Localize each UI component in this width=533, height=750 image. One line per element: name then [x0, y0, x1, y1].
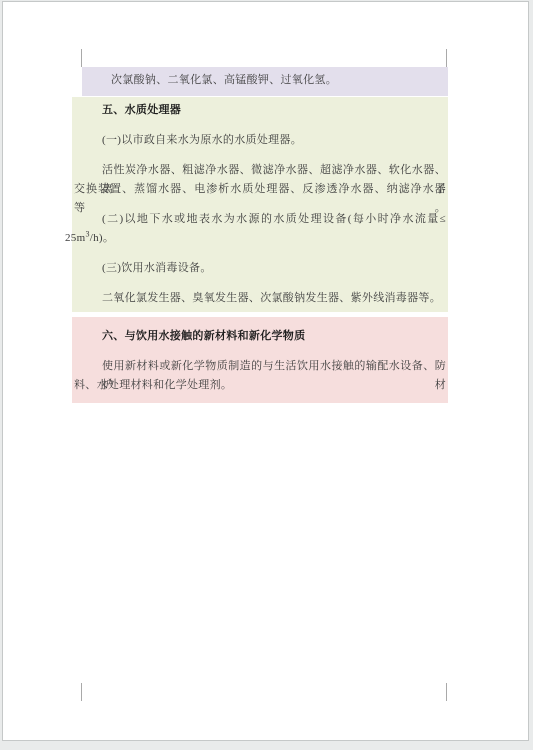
- flow-rate-unit: /h)。: [90, 232, 114, 244]
- flow-rate-value: 25m: [65, 232, 85, 244]
- section-five-purifier-list-line2: 交换装置、蒸馏水器、电渗析水质处理器、反渗透净水器、纳滤净水器等。: [74, 180, 448, 199]
- margin-boundary-mark-bottom-left: [81, 683, 82, 701]
- margin-boundary-mark-top-right: [446, 49, 447, 67]
- section-five-item-two-flow-line: 25m3/h)。: [65, 229, 448, 248]
- section-five-heading: 五、水质处理器: [74, 101, 448, 120]
- margin-boundary-mark-bottom-right: [446, 683, 447, 701]
- section-five-item-three: (三)饮用水消毒设备。: [74, 259, 448, 278]
- section-five-disinfection-devices: 二氧化氯发生器、臭氧发生器、次氯酸钠发生器、紫外线消毒器等。: [74, 289, 448, 308]
- paragraph-disinfectant-list: 次氯酸钠、二氧化氯、高锰酸钾、过氧化氢。: [83, 71, 448, 90]
- section-five-item-one: (一)以市政自来水为原水的水质处理器。: [74, 131, 448, 150]
- margin-boundary-mark-top-left: [81, 49, 82, 67]
- highlight-band-pink: 六、与饮用水接触的新材料和新化学物质 使用新材料或新化学物质制造的与生活饮用水接…: [72, 317, 448, 403]
- section-six-body-line1: 使用新材料或新化学物质制造的与生活饮用水接触的输配水设备、防护材: [74, 357, 448, 376]
- highlight-band-green: 五、水质处理器 (一)以市政自来水为原水的水质处理器。 活性炭净水器、粗滤净水器…: [72, 97, 448, 312]
- section-five-purifier-list-line1: 活性炭净水器、粗滤净水器、微滤净水器、超滤净水器、软化水器、离子: [74, 161, 448, 180]
- section-six-heading: 六、与饮用水接触的新材料和新化学物质: [74, 327, 448, 346]
- highlight-band-purple: 次氯酸钠、二氧化氯、高锰酸钾、过氧化氢。: [82, 67, 448, 96]
- section-five-item-two-line1: (二)以地下水或地表水为水源的水质处理设备(每小时净水流量≤: [74, 210, 448, 229]
- document-viewport: 次氯酸钠、二氧化氯、高锰酸钾、过氧化氢。 五、水质处理器 (一)以市政自来水为原…: [0, 0, 533, 750]
